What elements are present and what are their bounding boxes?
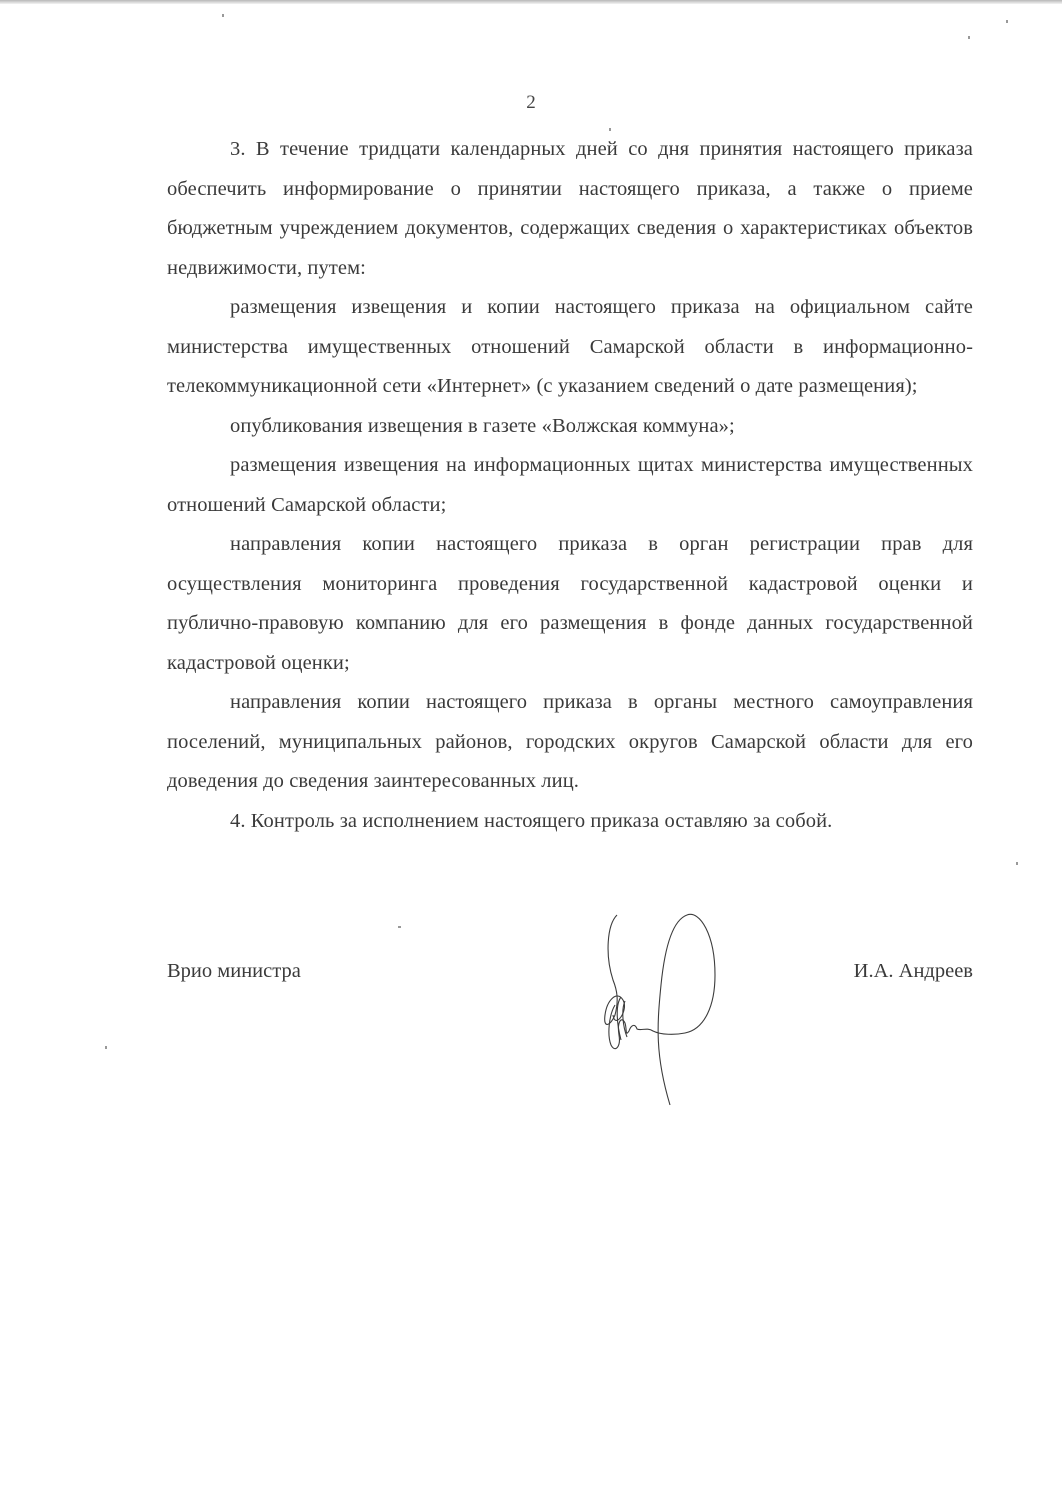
scan-speck <box>968 36 970 39</box>
scan-speck <box>398 926 401 928</box>
signature-block: Врио министра И.А. Андреев <box>167 960 973 1000</box>
paragraph-info-boards: размещения извещения на информационных щ… <box>167 446 973 525</box>
paragraph-registration-authority: направления копии настоящего приказа в о… <box>167 525 973 683</box>
signature-icon <box>595 905 730 1110</box>
paragraph-newspaper-publication: опубликования извещения в газете «Волжск… <box>167 407 973 447</box>
scan-speck <box>105 1046 107 1049</box>
signer-name: И.А. Андреев <box>854 960 973 983</box>
page-number: 2 <box>0 92 1062 114</box>
scan-speck <box>609 128 611 131</box>
signer-title: Врио министра <box>167 960 301 983</box>
paragraph-local-governments: направления копии настоящего приказа в о… <box>167 683 973 802</box>
paragraph-website-publication: размещения извещения и копии настоящего … <box>167 288 973 407</box>
scan-edge <box>0 0 1062 4</box>
scan-speck <box>1016 862 1018 865</box>
document-body: 3. В течение тридцати календарных дней с… <box>167 130 973 841</box>
paragraph-item-3: 3. В течение тридцати календарных дней с… <box>167 130 973 288</box>
scan-speck <box>222 14 224 17</box>
paragraph-item-4: 4. Контроль за исполнением настоящего пр… <box>167 802 973 842</box>
scan-speck <box>1006 20 1008 23</box>
